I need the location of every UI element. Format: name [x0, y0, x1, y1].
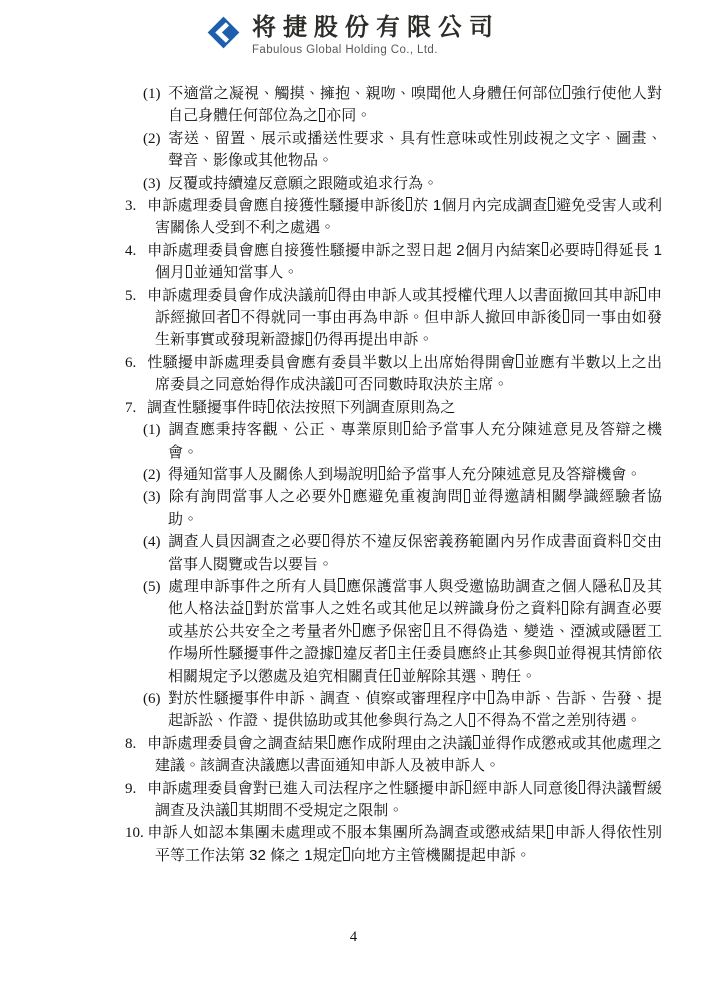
list-item-text: 處理申訴事件之所有人員應保護當事人與受邀協助調查之個人隱私及其他人格法益對於當事… [168, 578, 662, 685]
missing-glyph-box [186, 265, 192, 279]
missing-glyph-box [335, 646, 341, 660]
list-item: (1)不適當之凝視、觸摸、擁抱、親吻、嗅聞他人身體任何部位強行使他人對自己身體任… [125, 83, 662, 128]
company-name-en: Fabulous Global Holding Co., Ltd. [252, 43, 500, 57]
missing-glyph-box [465, 780, 471, 794]
missing-glyph-box [323, 534, 329, 548]
missing-glyph-box [404, 421, 410, 435]
missing-glyph-box [624, 578, 630, 592]
list-item-text: 申訴處理委員會對已進入司法程序之性騷擾申訴經申訴人同意後得決議暫緩調查及決議其期… [147, 780, 662, 819]
missing-glyph-box [579, 780, 585, 794]
missing-glyph-box [232, 309, 238, 323]
list-item-text: 調查性騷擾事件時依法按照下列調查原則為之 [147, 399, 455, 416]
list-item-marker: (2) [143, 128, 168, 150]
missing-glyph-box [464, 489, 470, 503]
list-item: (1)調查應秉持客觀、公正、專業原則給予當事人充分陳述意見及答辯之機會。 [125, 419, 662, 464]
list-item-marker: (1) [143, 83, 168, 105]
list-item-text: 調查應秉持客觀、公正、專業原則給予當事人充分陳述意見及答辯之機會。 [168, 421, 662, 460]
list-item: 10.申訴人如認本集團未處理或不服本集團所為調查或懲戒結果申訴人得依性別平等工作… [125, 822, 662, 867]
list-item-marker: 9. [125, 778, 147, 800]
missing-glyph-box [424, 623, 430, 637]
missing-glyph-box [473, 735, 479, 749]
missing-glyph-box [338, 578, 344, 592]
list-item-marker: (1) [143, 419, 168, 441]
missing-glyph-box [563, 85, 569, 99]
list-item-text: 申訴處理委員會應自接獲性騷擾申訴之翌日起 2個月內結案必要時得延長 1個月並通知… [147, 242, 662, 281]
list-item-marker: (6) [143, 688, 168, 710]
list-item-text: 申訴人如認本集團未處理或不服本集團所為調查或懲戒結果申訴人得依性別平等工作法第 … [147, 824, 662, 863]
list-item-text: 寄送、留置、展示或播送性要求、具有性意味或性別歧視之文字、圖畫、聲音、影像或其他… [168, 130, 662, 169]
list-item-text: 調查人員因調查之必要得於不違反保密義務範圍內另作成書面資料交由當事人閱覽或告以要… [168, 533, 662, 572]
list-item-marker: 3. [125, 195, 147, 217]
list-item-text: 申訴處理委員會應自接獲性騷擾申訴後於 1個月內完成調查避免受害人或利害關係人受到… [147, 197, 662, 236]
list-item: 5.申訴處理委員會作成決議前得由申訴人或其授權代理人以書面撤回其申訴申訴經撤回者… [125, 285, 662, 352]
list-item-text: 不適當之凝視、觸摸、擁抱、親吻、嗅聞他人身體任何部位強行使他人對自己身體任何部位… [168, 85, 662, 124]
company-logo-icon [207, 16, 240, 54]
list-item: 8.申訴處理委員會之調查結果應作成附理由之決議並得作成懲戒或其他處理之建議。該調… [125, 733, 662, 778]
list-item-marker: 7. [125, 397, 147, 419]
list-item: 9.申訴處理委員會對已進入司法程序之性騷擾申訴經申訴人同意後得決議暫緩調查及決議… [125, 778, 662, 823]
list-item-marker: (3) [143, 486, 168, 508]
list-item-marker: 10. [125, 822, 147, 844]
list-item-text: 除有詢問當事人之必要外應避免重複詢問並得邀請相關學識經驗者協助。 [168, 488, 662, 527]
list-item: (3)除有詢問當事人之必要外應避免重複詢問並得邀請相關學識經驗者協助。 [125, 486, 662, 531]
list-item: 6.性騷擾申訴處理委員會應有委員半數以上出席始得開會並應有半數以上之出席委員之同… [125, 352, 662, 397]
list-item-text: 得通知當事人及關係人到場說明給予當事人充分陳述意見及答辯機會。 [168, 466, 641, 483]
list-item: 7.調查性騷擾事件時依法按照下列調查原則為之 [125, 397, 662, 419]
list-item: (3)反覆或持續違反意願之跟隨或追求行為。 [125, 173, 662, 195]
list-item-text: 申訴處理委員會作成決議前得由申訴人或其授權代理人以書面撤回其申訴申訴經撤回者不得… [147, 287, 662, 349]
list-item-marker: 8. [125, 733, 147, 755]
missing-glyph-box [231, 802, 237, 816]
company-name-block: 将捷股份有限公司 Fabulous Global Holding Co., Lt… [252, 13, 500, 57]
missing-glyph-box [268, 399, 274, 413]
list-item-marker: (5) [143, 576, 168, 598]
missing-glyph-box [516, 354, 522, 368]
list-item: (2)得通知當事人及關係人到場說明給予當事人充分陳述意見及答辯機會。 [125, 464, 662, 486]
missing-glyph-box [329, 287, 335, 301]
missing-glyph-box [389, 646, 395, 660]
missing-glyph-box [563, 309, 569, 323]
list-item-marker: (3) [143, 173, 168, 195]
missing-glyph-box [329, 735, 335, 749]
missing-glyph-box [639, 287, 645, 301]
company-header: 将捷股份有限公司 Fabulous Global Holding Co., Lt… [0, 13, 707, 57]
missing-glyph-box [624, 534, 630, 548]
missing-glyph-box [306, 332, 312, 346]
list-item-marker: 4. [125, 240, 147, 262]
missing-glyph-box [343, 847, 349, 861]
list-item-text: 性騷擾申訴處理委員會應有委員半數以上出席始得開會並應有半數以上之出席委員之同意始… [147, 354, 662, 393]
list-item-marker: (2) [143, 464, 168, 486]
list-item-text: 申訴處理委員會之調查結果應作成附理由之決議並得作成懲戒或其他處理之建議。該調查決… [147, 735, 662, 774]
missing-glyph-box [336, 377, 342, 391]
list-item: 3.申訴處理委員會應自接獲性騷擾申訴後於 1個月內完成調查避免受害人或利害關係人… [125, 195, 662, 240]
page-number: 4 [0, 929, 707, 946]
list-item-marker: 6. [125, 352, 147, 374]
company-name-zh: 将捷股份有限公司 [252, 13, 500, 41]
list-item-marker: 5. [125, 285, 147, 307]
list-item: (2)寄送、留置、展示或播送性要求、具有性意味或性別歧視之文字、圖畫、聲音、影像… [125, 128, 662, 173]
list-item: (5)處理申訴事件之所有人員應保護當事人與受邀協助調查之個人隱私及其他人格法益對… [125, 576, 662, 688]
missing-glyph-box [379, 466, 385, 480]
list-item-text: 反覆或持續違反意願之跟隨或追求行為。 [168, 175, 438, 192]
list-item-marker: (4) [143, 531, 168, 553]
missing-glyph-box [488, 690, 494, 704]
missing-glyph-box [394, 668, 400, 682]
missing-glyph-box [319, 108, 325, 122]
missing-glyph-box [469, 713, 475, 727]
missing-glyph-box [548, 197, 554, 211]
list-item-text: 對於性騷擾事件申訴、調查、偵察或審理程序中為申訴、告訴、告發、提起訴訟、作證、提… [168, 690, 662, 729]
missing-glyph-box [246, 601, 252, 615]
missing-glyph-box [562, 601, 568, 615]
missing-glyph-box [549, 646, 555, 660]
missing-glyph-box [547, 825, 553, 839]
missing-glyph-box [542, 242, 548, 256]
missing-glyph-box [344, 489, 350, 503]
missing-glyph-box [406, 197, 412, 211]
list-item: 4.申訴處理委員會應自接獲性騷擾申訴之翌日起 2個月內結案必要時得延長 1個月並… [125, 240, 662, 285]
document-body: (1)不適當之凝視、觸摸、擁抱、親吻、嗅聞他人身體任何部位強行使他人對自己身體任… [125, 83, 662, 867]
missing-glyph-box [596, 242, 602, 256]
missing-glyph-box [353, 623, 359, 637]
list-item: (6)對於性騷擾事件申訴、調查、偵察或審理程序中為申訴、告訴、告發、提起訴訟、作… [125, 688, 662, 733]
list-item: (4)調查人員因調查之必要得於不違反保密義務範圍內另作成書面資料交由當事人閱覽或… [125, 531, 662, 576]
document-page: 将捷股份有限公司 Fabulous Global Holding Co., Lt… [0, 0, 707, 1000]
